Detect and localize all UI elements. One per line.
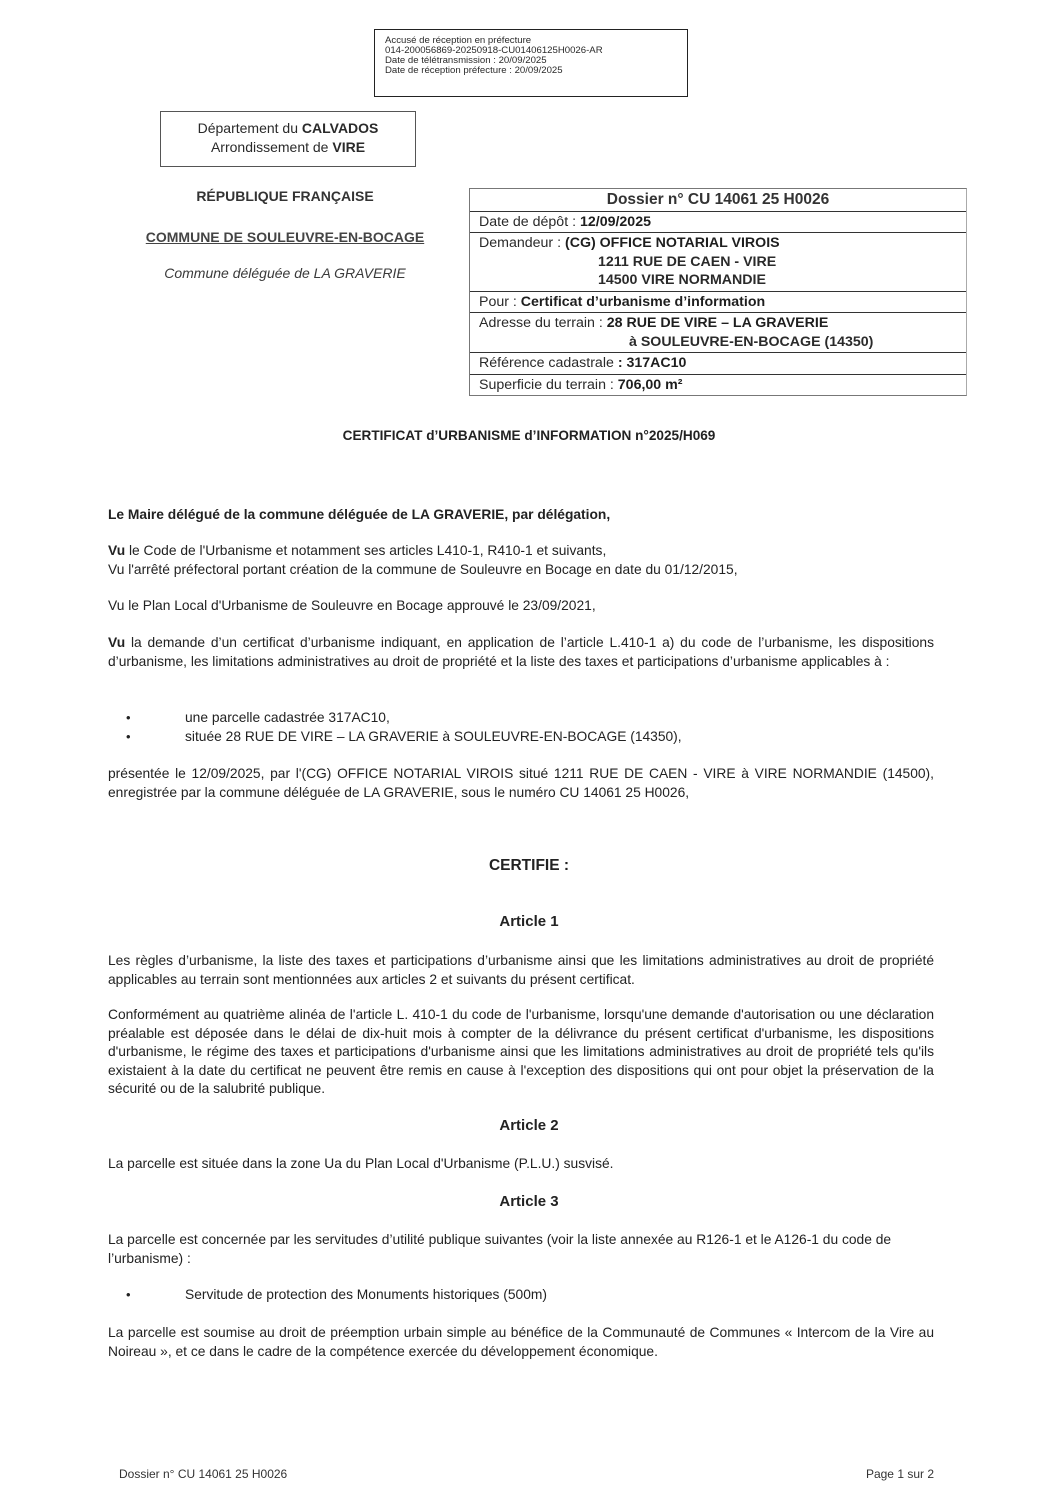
servitude-list: Servitude de protection des Monuments hi… — [108, 1286, 934, 1305]
arrondissement-name: VIRE — [332, 139, 365, 155]
commune-heading: COMMUNE DE SOULEUVRE-EN-BOCAGE — [100, 229, 470, 245]
arrondissement-prefix: Arrondissement de — [211, 139, 332, 155]
article-3-paragraph: La parcelle est concernée par les servit… — [108, 1231, 934, 1268]
article-1-paragraph: Conformément au quatrième alinéa de l'ar… — [108, 1006, 934, 1099]
dossier-adresse-row: Adresse du terrain : 28 RUE DE VIRE – LA… — [470, 313, 966, 353]
dossier-date-row: Date de dépôt : 12/09/2025 — [470, 212, 966, 234]
demandeur-address: 1211 RUE DE CAEN - VIRE — [479, 253, 966, 272]
superficie-value: 706,00 m² — [618, 377, 683, 393]
article-3-paragraph: La parcelle est soumise au droit de prée… — [108, 1324, 934, 1361]
prefecture-receipt-stamp: Accusé de réception en préfecture 014-20… — [374, 29, 688, 97]
certificate-title: CERTIFICAT d’URBANISME d’INFORMATION n°2… — [100, 428, 958, 443]
list-item: située 28 RUE DE VIRE – LA GRAVERIE à SO… — [108, 728, 934, 747]
department-prefix: Département du — [198, 120, 302, 136]
list-item: une parcelle cadastrée 317AC10, — [108, 709, 934, 728]
vu-plu: Vu le Plan Local d'Urbanisme de Souleuvr… — [108, 597, 934, 616]
article-1-paragraph: Les règles d’urbanisme, la liste des tax… — [108, 952, 934, 989]
commune-deleguee: Commune déléguée de LA GRAVERIE — [100, 265, 470, 281]
dossier-number: Dossier n° CU 14061 25 H0026 — [470, 189, 966, 212]
date-value: 12/09/2025 — [580, 214, 651, 230]
republique-heading: RÉPUBLIQUE FRANÇAISE — [100, 188, 470, 204]
department-box: Département du CALVADOS Arrondissement d… — [160, 111, 416, 167]
article-3-title: Article 3 — [100, 1193, 958, 1210]
article-1-title: Article 1 — [100, 913, 958, 930]
parcel-bullet-list: une parcelle cadastrée 317AC10, située 2… — [108, 709, 934, 746]
maire-statement: Le Maire délégué de la commune déléguée … — [108, 506, 934, 525]
department-line: Département du CALVADOS — [161, 119, 415, 138]
superficie-label: Superficie du terrain : — [479, 377, 618, 393]
vu-demande-text: la demande d’un certificat d’urbanisme i… — [108, 635, 934, 669]
vu-keyword: Vu — [108, 635, 125, 650]
vu-keyword: Vu — [108, 543, 125, 558]
adresse-line-1: 28 RUE DE VIRE – LA GRAVERIE — [607, 315, 829, 331]
footer-dossier-number: Dossier n° CU 14061 25 H0026 — [119, 1467, 287, 1481]
dossier-info-table: Dossier n° CU 14061 25 H0026 Date de dép… — [469, 188, 967, 396]
dossier-reference-row: Référence cadastrale : 317AC10 — [470, 353, 966, 375]
arrondissement-line: Arrondissement de VIRE — [161, 138, 415, 157]
reference-value: : 317AC10 — [618, 355, 687, 371]
dossier-demandeur-row: Demandeur : (CG) OFFICE NOTARIAL VIROIS … — [470, 233, 966, 292]
vu-code-urbanisme: Vu le Code de l'Urbanisme et notamment s… — [108, 542, 934, 561]
vu-arrete: Vu l'arrêté préfectoral portant création… — [108, 561, 934, 580]
dossier-pour-row: Pour : Certificat d’urbanisme d’informat… — [470, 292, 966, 314]
presentee-paragraph: présentée le 12/09/2025, par l'(CG) OFFI… — [108, 765, 934, 802]
department-name: CALVADOS — [302, 120, 378, 136]
date-label: Date de dépôt : — [479, 214, 580, 230]
list-item: Servitude de protection des Monuments hi… — [108, 1286, 934, 1305]
dossier-superficie-row: Superficie du terrain : 706,00 m² — [470, 375, 966, 396]
pour-value: Certificat d’urbanisme d’information — [521, 294, 765, 310]
pour-label: Pour : — [479, 294, 521, 310]
certifie-heading: CERTIFIE : — [100, 857, 958, 875]
stamp-line: Date de réception préfecture : 20/09/202… — [385, 66, 687, 76]
article-2-title: Article 2 — [100, 1117, 958, 1134]
demandeur-label: Demandeur : — [479, 235, 565, 251]
demandeur-name: (CG) OFFICE NOTARIAL VIROIS — [565, 235, 780, 251]
maire-text: Le Maire délégué de la commune déléguée … — [108, 507, 610, 522]
article-2-paragraph: La parcelle est située dans la zone Ua d… — [108, 1155, 934, 1174]
adresse-label: Adresse du terrain : — [479, 315, 607, 331]
footer-page-number: Page 1 sur 2 — [820, 1467, 934, 1481]
demandeur-city: 14500 VIRE NORMANDIE — [479, 271, 966, 290]
vu-code-text: le Code de l'Urbanisme et notamment ses … — [125, 543, 606, 558]
reference-label: Référence cadastrale — [479, 355, 618, 371]
adresse-line-2: à SOULEUVRE-EN-BOCAGE (14350) — [479, 333, 966, 352]
vu-demande: Vu la demande d’un certificat d’urbanism… — [108, 634, 934, 671]
